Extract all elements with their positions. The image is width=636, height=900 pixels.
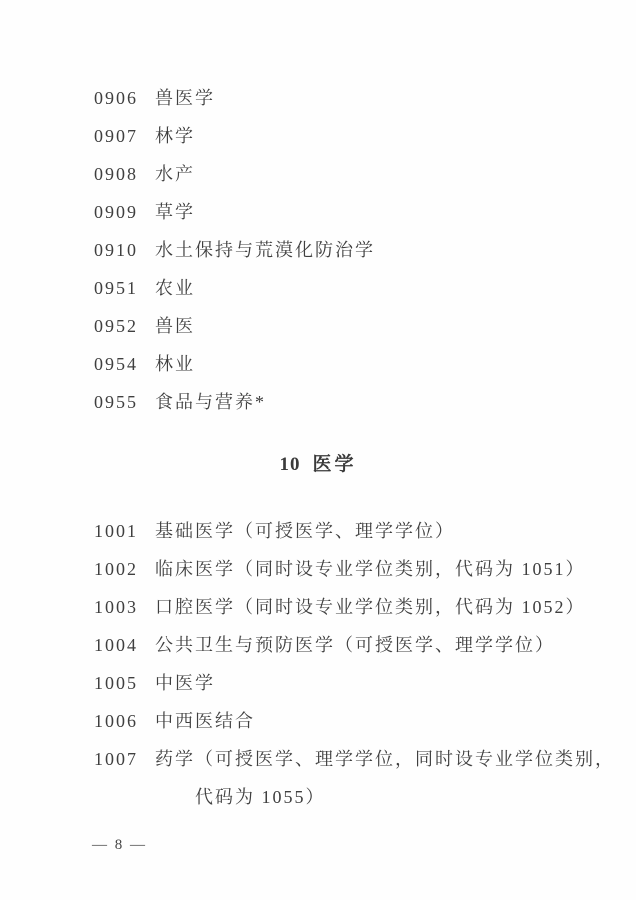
section-number: 10 (279, 454, 300, 475)
discipline-row: 1007 药学（可授医学、理学学位，同时设专业学位类别，代码为 1055） (94, 740, 625, 816)
discipline-name: 基础医学（可授医学、理学学位） (155, 512, 625, 550)
discipline-name: 兽医 (155, 307, 625, 345)
discipline-name: 中西医结合 (155, 702, 625, 740)
discipline-row: 1003 口腔医学（同时设专业学位类别，代码为 1052） (94, 588, 625, 626)
discipline-row: 1005 中医学 (94, 664, 625, 702)
discipline-row: 1001 基础医学（可授医学、理学学位） (94, 512, 625, 550)
discipline-code: 1004 (94, 626, 155, 664)
discipline-code: 0910 (94, 231, 155, 269)
discipline-name: 水土保持与荒漠化防治学 (155, 231, 625, 269)
section-heading: 10医学 (0, 444, 636, 486)
discipline-name: 口腔医学（同时设专业学位类别，代码为 1052） (155, 588, 625, 626)
discipline-row: 1006 中西医结合 (94, 702, 625, 740)
discipline-code: 1002 (94, 550, 155, 588)
discipline-row: 0954 林业 (94, 345, 625, 383)
discipline-name: 草学 (155, 193, 625, 231)
page-number: — 8 — (92, 832, 147, 858)
discipline-code: 1001 (94, 512, 155, 550)
discipline-code: 0908 (94, 155, 155, 193)
discipline-row: 0908 水产 (94, 155, 625, 193)
discipline-code: 1006 (94, 702, 155, 740)
discipline-code: 0954 (94, 345, 155, 383)
discipline-list-agriculture: 0906 兽医学 0907 林学 0908 水产 0909 草学 0910 水土… (94, 79, 625, 421)
discipline-name: 公共卫生与预防医学（可授医学、理学学位） (155, 626, 625, 664)
discipline-code: 0909 (94, 193, 155, 231)
discipline-row: 0906 兽医学 (94, 79, 625, 117)
discipline-row: 0909 草学 (94, 193, 625, 231)
discipline-code: 0906 (94, 79, 155, 117)
discipline-row: 1002 临床医学（同时设专业学位类别，代码为 1051） (94, 550, 625, 588)
discipline-row: 0951 农业 (94, 269, 625, 307)
discipline-code: 1005 (94, 664, 155, 702)
discipline-code: 1003 (94, 588, 155, 626)
discipline-name: 临床医学（同时设专业学位类别，代码为 1051） (155, 550, 625, 588)
section-title: 医学 (312, 454, 356, 475)
discipline-name: 药学（可授医学、理学学位，同时设专业学位类别，代码为 1055） (155, 740, 625, 816)
discipline-list-medicine: 1001 基础医学（可授医学、理学学位） 1002 临床医学（同时设专业学位类别… (94, 512, 625, 816)
discipline-row: 0910 水土保持与荒漠化防治学 (94, 231, 625, 269)
discipline-row: 0952 兽医 (94, 307, 625, 345)
discipline-code: 0951 (94, 269, 155, 307)
discipline-name: 兽医学 (155, 79, 625, 117)
discipline-name: 林学 (155, 117, 625, 155)
discipline-row: 0907 林学 (94, 117, 625, 155)
discipline-code: 0952 (94, 307, 155, 345)
discipline-code: 1007 (94, 740, 155, 778)
document-page: 0906 兽医学 0907 林学 0908 水产 0909 草学 0910 水土… (0, 0, 636, 900)
discipline-name: 食品与营养* (155, 383, 625, 421)
discipline-name: 林业 (155, 345, 625, 383)
discipline-name: 中医学 (155, 664, 625, 702)
discipline-row: 1004 公共卫生与预防医学（可授医学、理学学位） (94, 626, 625, 664)
discipline-row: 0955 食品与营养* (94, 383, 625, 421)
discipline-name: 水产 (155, 155, 625, 193)
discipline-code: 0907 (94, 117, 155, 155)
discipline-name: 农业 (155, 269, 625, 307)
discipline-code: 0955 (94, 383, 155, 421)
